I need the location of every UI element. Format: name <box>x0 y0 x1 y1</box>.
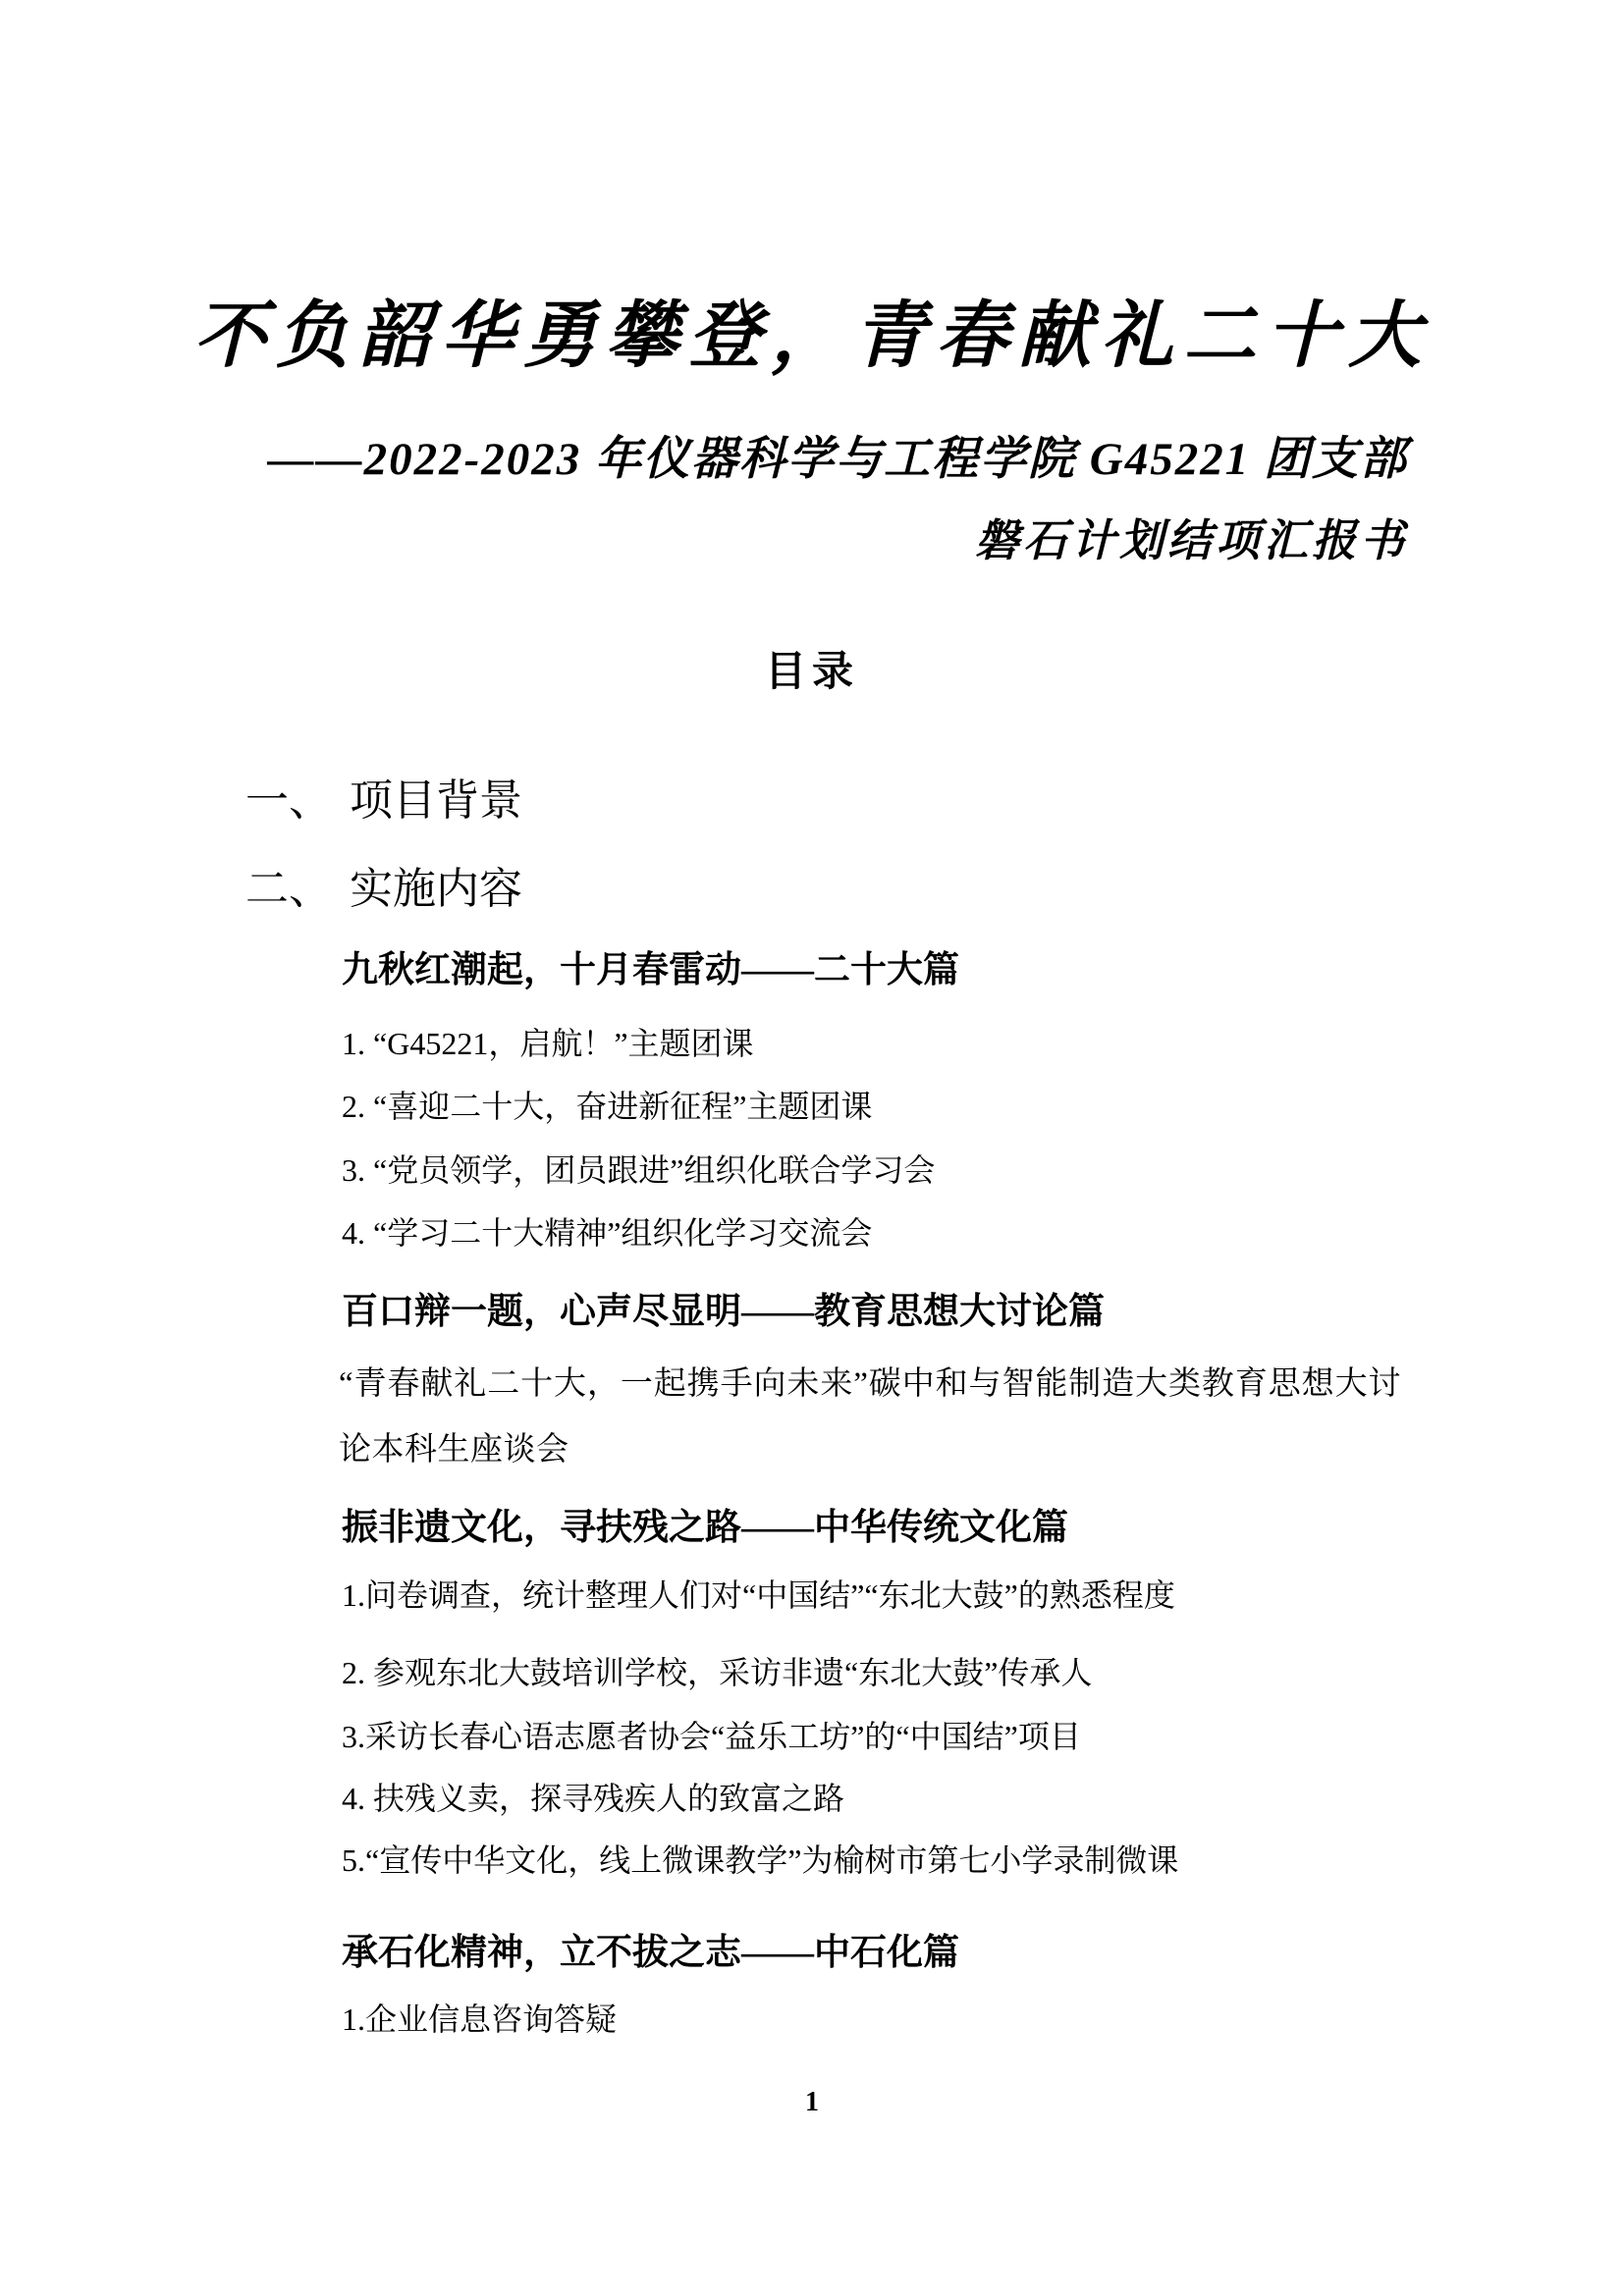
toc-heading: 目录 <box>0 639 1624 698</box>
section-heading-ershida: 九秋红潮起，十月春雷动——二十大篇 <box>342 939 959 992</box>
toc-item: 1. “G45221，启航！”主题团课 <box>342 1019 754 1064</box>
toc-item: 1.问卷调查，统计整理人们对“中国结”“东北大鼓”的熟悉程度 <box>342 1571 1175 1616</box>
page-number: 1 <box>0 2087 1624 2118</box>
toc-item: 2. 参观东北大鼓培训学校，采访非遗“东北大鼓”传承人 <box>342 1648 1092 1693</box>
toc-item: 4. 扶残义卖，探寻残疾人的致富之路 <box>342 1774 844 1819</box>
toc-level1-item-1: 一、项目背景 <box>245 765 522 828</box>
document-subtitle-line1: ——2022-2023 年仪器科学与工程学院 G45221 团支部 <box>0 422 1408 488</box>
document-title: 不负韶华勇攀登，青春献礼二十大 <box>0 288 1624 386</box>
toc-level1-label: 实施内容 <box>350 865 522 913</box>
toc-item: 3.采访长春心语志愿者协会“益乐工坊”的“中国结”项目 <box>342 1712 1081 1757</box>
section-heading-chuantong-wenhua: 振非遗文化，寻扶残之路——中华传统文化篇 <box>342 1497 1068 1550</box>
section-heading-jiaoyu-sixiang: 百口辩一题，心声尽显明——教育思想大讨论篇 <box>342 1281 1105 1334</box>
toc-item: 1.企业信息咨询答疑 <box>342 1995 617 2040</box>
toc-item: 2. “喜迎二十大，奋进新征程”主题团课 <box>342 1082 872 1127</box>
document-page: 不负韶华勇攀登，青春献礼二十大 ——2022-2023 年仪器科学与工程学院 G… <box>0 0 1624 2296</box>
section-heading-zhongshihua: 承石化精神，立不拔之志——中石化篇 <box>342 1922 959 1975</box>
toc-item: 3. “党员领学，团员跟进”组织化联合学习会 <box>342 1146 935 1191</box>
toc-item: 5.“宣传中华文化，线上微课教学”为榆树市第七小学录制微课 <box>342 1836 1178 1881</box>
toc-level1-number: 二、 <box>245 853 332 916</box>
toc-paragraph: “青春献礼二十大，一起携手向未来”碳中和与智能制造大类教育思想大讨论本科生座谈会 <box>339 1352 1401 1483</box>
toc-item: 4. “学习二十大精神”组织化学习交流会 <box>342 1208 872 1254</box>
toc-level1-item-2: 二、实施内容 <box>245 853 522 916</box>
document-subtitle-line2: 磐石计划结项汇报书 <box>0 505 1408 568</box>
toc-level1-number: 一、 <box>245 765 332 828</box>
toc-level1-label: 项目背景 <box>350 776 522 825</box>
